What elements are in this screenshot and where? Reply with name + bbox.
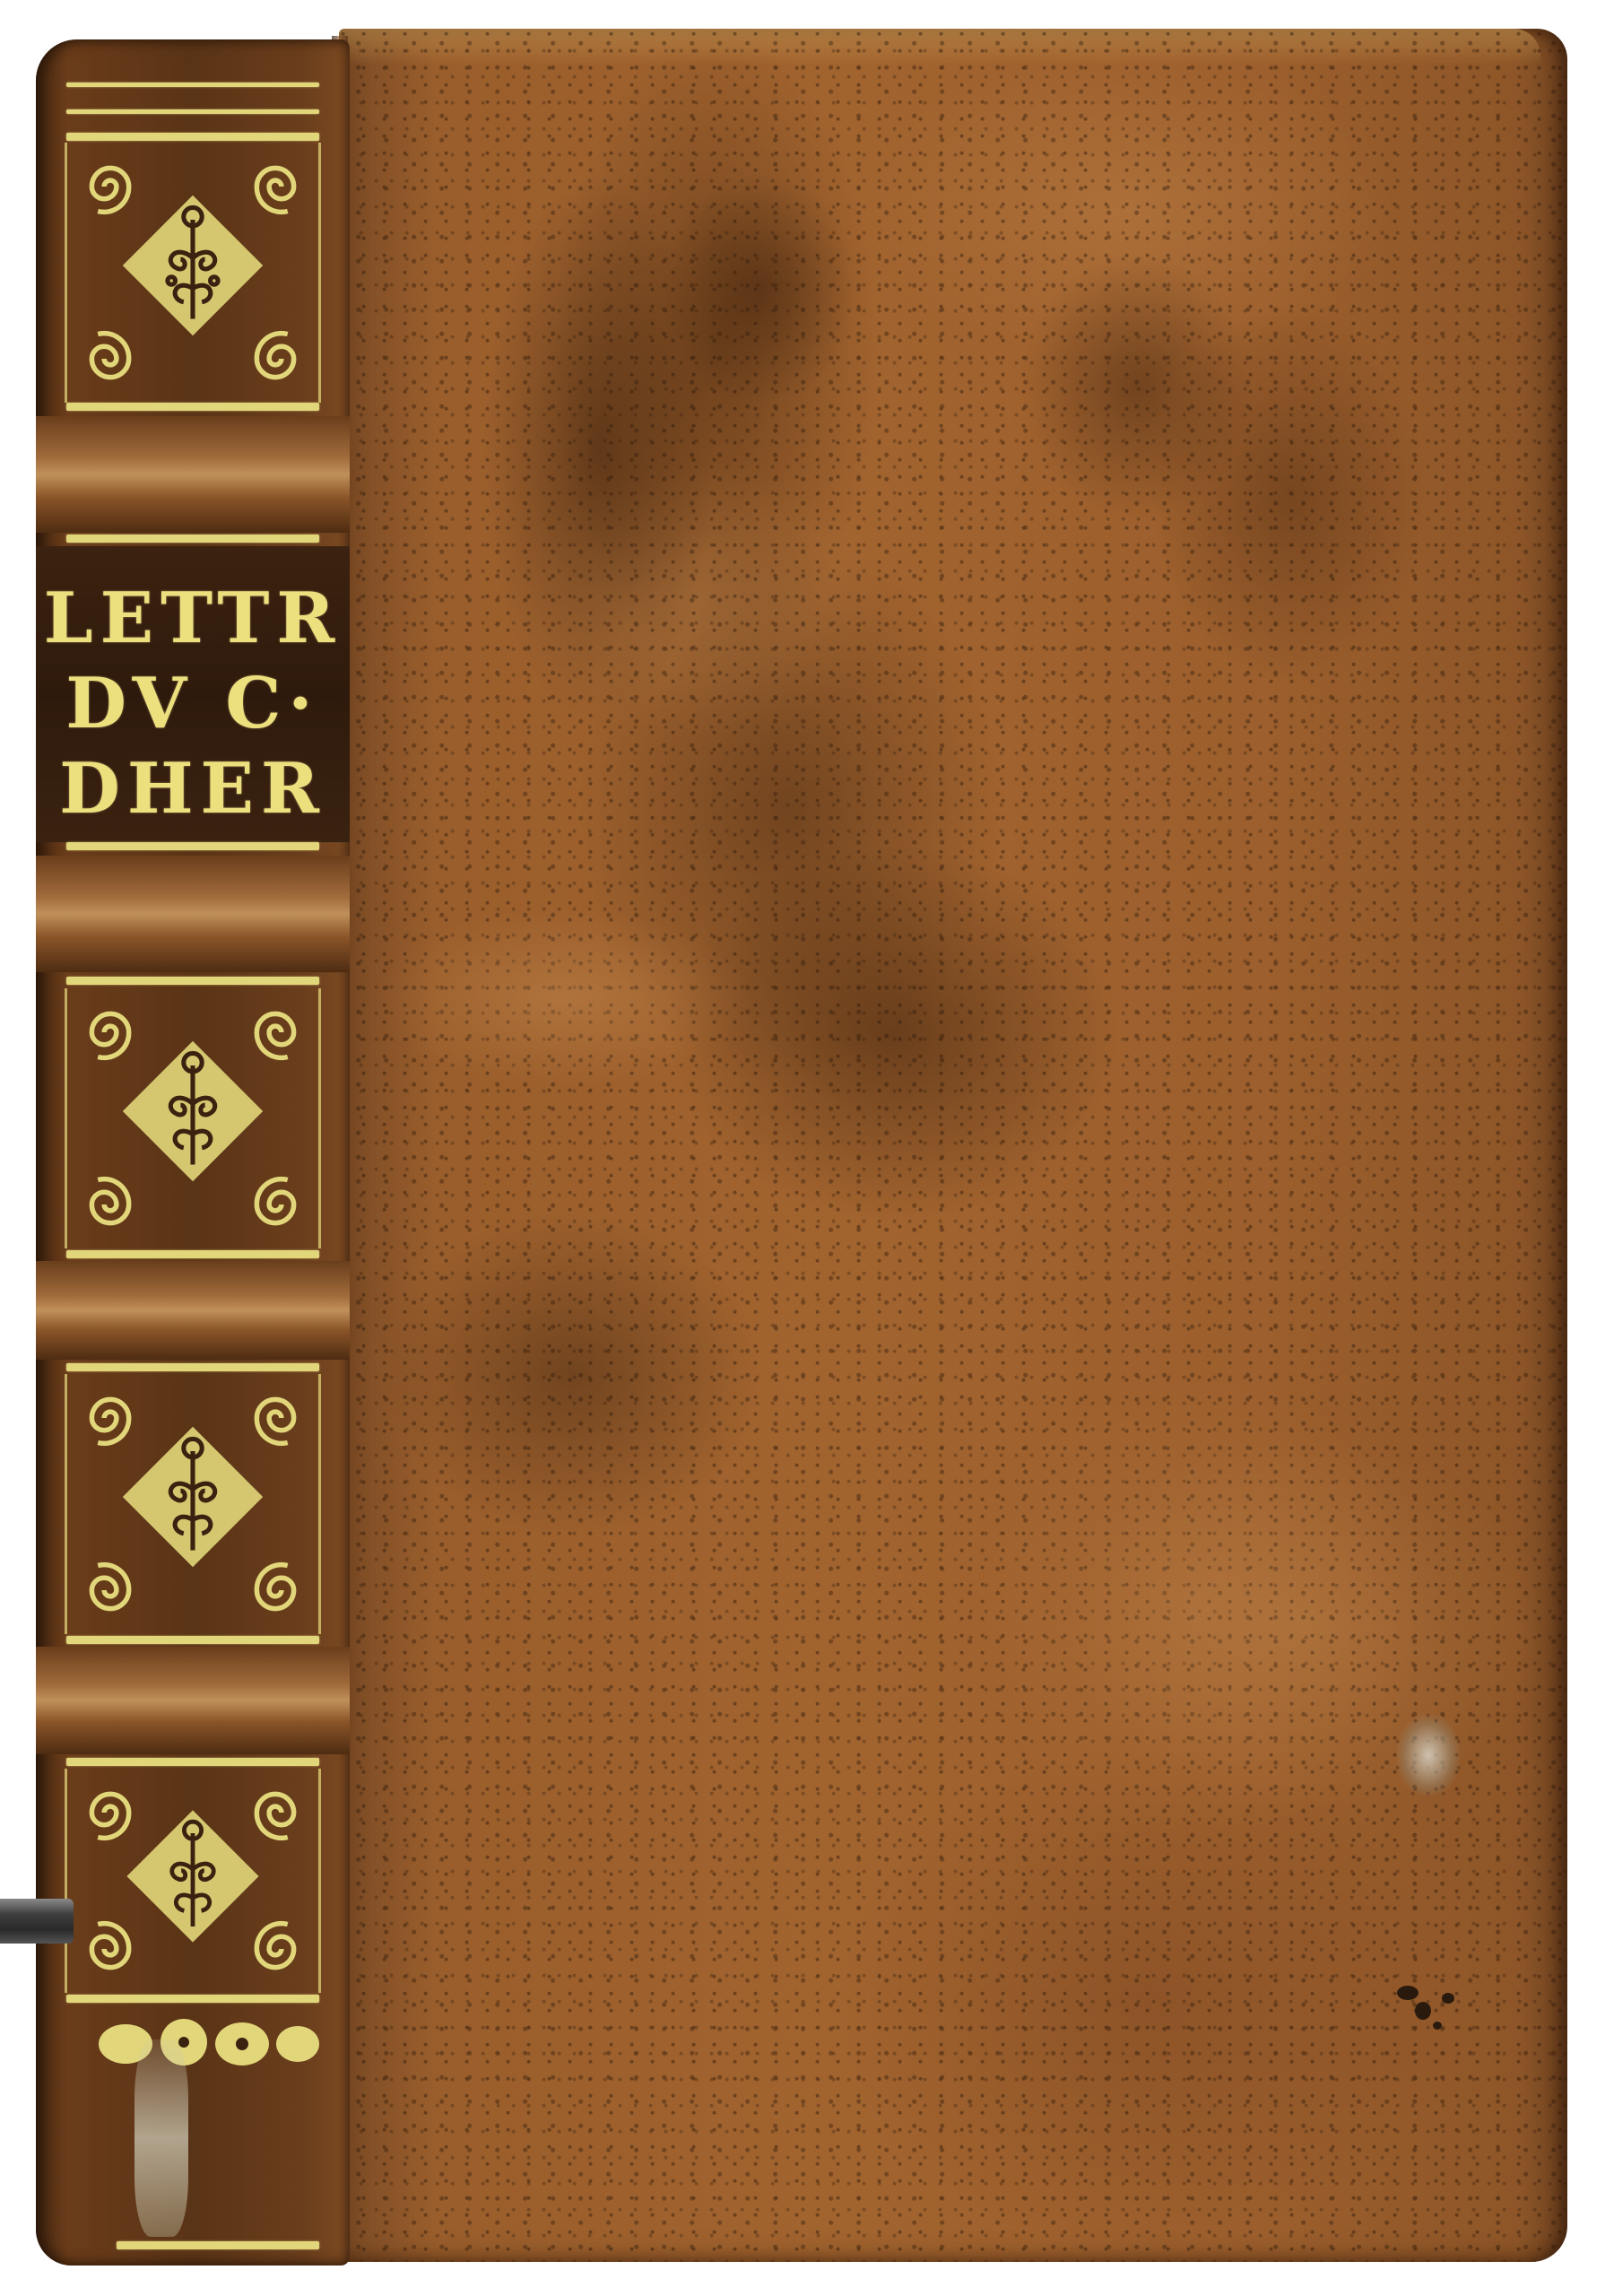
surface-scuff — [1397, 1715, 1460, 1796]
ink-spot — [1397, 1986, 1418, 2000]
spine-panel-1 — [65, 143, 321, 403]
raised-band — [36, 416, 350, 533]
ink-spot — [1433, 2022, 1442, 2030]
spiral-corner-icon — [237, 1166, 314, 1243]
spiral-corner-icon — [237, 320, 314, 397]
title-line-2: DV C· — [36, 663, 350, 744]
title-line-3: DHER — [36, 748, 350, 830]
gilt-fillet — [66, 109, 319, 114]
raised-band — [36, 856, 350, 972]
light-patch — [967, 1374, 1433, 1840]
spiral-corner-icon — [237, 1552, 314, 1629]
spine-title-label: LETTR DV C· DHER — [36, 546, 350, 842]
spiral-corner-icon — [72, 148, 149, 225]
light-patch — [375, 908, 751, 1087]
ink-spot — [1442, 1993, 1454, 2004]
gilt-fillet — [66, 842, 319, 850]
title-line-1: LETTR — [36, 578, 350, 659]
gilt-fillet — [66, 1758, 319, 1766]
spine-panel-4 — [65, 1769, 321, 1993]
worn-tail-cap — [134, 2039, 188, 2237]
gilt-fillet — [66, 83, 319, 87]
gilt-fillet — [66, 403, 319, 411]
spiral-corner-icon — [237, 1774, 314, 1851]
dark-stain — [1020, 253, 1254, 522]
spiral-corner-icon — [72, 320, 149, 397]
spiral-corner-icon — [72, 1552, 149, 1629]
gilt-fillet — [66, 1636, 319, 1644]
raised-band — [36, 1261, 350, 1360]
gilt-fillet — [66, 133, 319, 141]
spiral-corner-icon — [237, 994, 314, 1071]
ink-spot — [1415, 2002, 1431, 2020]
gilt-fillet — [117, 2241, 319, 2249]
support-rod — [0, 1899, 74, 1944]
spine: LETTR DV C· DHER — [36, 39, 350, 2266]
spiral-corner-icon — [237, 1910, 314, 1987]
spiral-corner-icon — [72, 994, 149, 1071]
gilt-fillet — [66, 1363, 319, 1371]
spiral-corner-icon — [237, 1379, 314, 1457]
spine-panel-2 — [65, 988, 321, 1248]
raised-band — [36, 1647, 350, 1754]
spiral-corner-icon — [72, 1774, 149, 1851]
spiral-corner-icon — [237, 148, 314, 225]
gilt-fillet — [66, 535, 319, 543]
spiral-corner-icon — [72, 1166, 149, 1243]
spiral-corner-icon — [72, 1379, 149, 1457]
gilt-fillet — [66, 977, 319, 985]
spiral-corner-icon — [72, 1910, 149, 1987]
gilt-fillet — [66, 1250, 319, 1258]
dark-stain — [662, 172, 859, 405]
gilt-fillet — [66, 1995, 319, 2003]
floral-roll-icon — [90, 2008, 341, 2089]
spine-panel-3 — [65, 1374, 321, 1634]
front-board — [339, 29, 1567, 2262]
